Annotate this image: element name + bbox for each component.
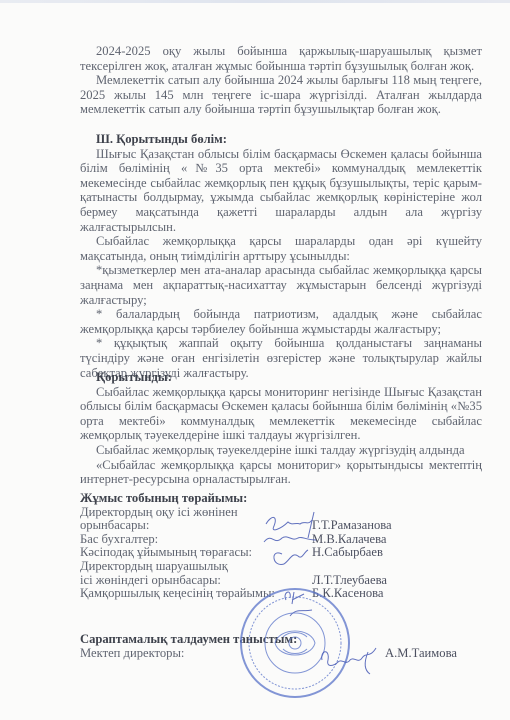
official-stamp-icon <box>239 587 351 699</box>
signature-name: Н.Сабырбаев <box>312 546 383 560</box>
signature-name: М.В.Калачева <box>312 533 387 547</box>
signature-row: Кәсіподақ ұйымының төрағасы:Н.Сабырбаев <box>80 546 482 560</box>
signature-role: Директордың шаруашылық <box>80 560 300 574</box>
signature-name: Л.Т.Тлеубаева <box>312 574 387 588</box>
section-3-bullet: *қызметкерлер мен ата-аналар арасында сы… <box>80 263 482 307</box>
signature-role: Бас бухгалтер: <box>80 533 300 547</box>
director-role: Мектеп директоры: <box>80 646 184 660</box>
director-name: А.М.Таимова <box>385 647 457 661</box>
signature-row: орынбасары:Г.Т.Рамазанова <box>80 519 482 533</box>
signature-row: Директордың оқу ісі жөнінен <box>80 506 482 520</box>
paragraph-procurement: Мемлекеттік сатып алу бойынша 2024 жылы … <box>80 73 482 117</box>
top-paragraphs: 2024-2025 оқу жылы бойынша қаржылық-шару… <box>80 44 482 117</box>
signature-row: Бас бухгалтер:М.В.Калачева <box>80 533 482 547</box>
section-3-paragraph: Сыбайлас жемқорлыққа қарсы шараларды ода… <box>80 234 482 263</box>
conclusion-paragraph: Сыбайлас жемқорлық тәуекелдеріне ішкі та… <box>80 443 482 458</box>
section-3: Ш. Қорытынды бөлім: Шығыс Қазақстан облы… <box>80 132 482 380</box>
signature-role: ісі жөніндегі орынбасары: <box>80 574 300 588</box>
conclusion-heading: Қорытынды: <box>80 370 482 385</box>
working-group-heading: Жұмыс тобының төрайымы: <box>80 492 482 506</box>
section-3-heading: Ш. Қорытынды бөлім: <box>80 132 482 147</box>
signature-row: Директордың шаруашылық <box>80 560 482 574</box>
scan-edge <box>0 0 510 3</box>
section-3-bullet: * балалардың бойында патриотизм, адалдық… <box>80 307 482 336</box>
working-group: Жұмыс тобының төрайымы: Директордың оқу … <box>80 492 482 601</box>
signature-role: орынбасары: <box>80 519 300 533</box>
signature-row: ісі жөніндегі орынбасары:Л.Т.Тлеубаева <box>80 574 482 588</box>
conclusion-paragraph: Сыбайлас жемқорлыққа қарсы мониторинг не… <box>80 385 482 443</box>
signature-role: Кәсіподақ ұйымының төрағасы: <box>80 546 300 560</box>
conclusion-section: Қорытынды: Сыбайлас жемқорлыққа қарсы мо… <box>80 370 482 487</box>
document-page: 2024-2025 оқу жылы бойынша қаржылық-шару… <box>0 0 510 720</box>
conclusion-paragraph: «Сыбайлас жемқорлыққа қарсы мониториг» қ… <box>80 458 482 487</box>
section-3-paragraph: Шығыс Қазақстан облысы білім басқармасы … <box>80 147 482 235</box>
signature-name: Г.Т.Рамазанова <box>312 519 392 533</box>
signature-role: Директордың оқу ісі жөнінен <box>80 506 300 520</box>
paragraph-audit: 2024-2025 оқу жылы бойынша қаржылық-шару… <box>80 44 482 73</box>
